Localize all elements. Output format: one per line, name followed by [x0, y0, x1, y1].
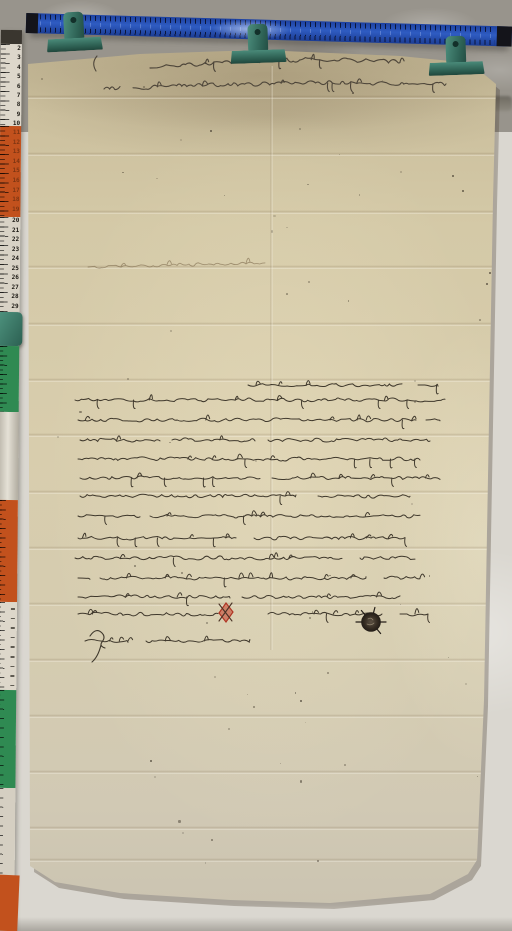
paper-speckle — [477, 776, 479, 778]
paper-speckle — [228, 728, 230, 730]
ruler-number: 29 — [11, 304, 18, 310]
ruler-number: 25 — [12, 266, 19, 272]
illegible-ruler-number — [10, 666, 14, 668]
paper-speckle — [359, 194, 361, 196]
ruler-segment: 20212223242526272829 — [0, 217, 20, 312]
paper-speckle — [465, 683, 467, 685]
paper-speckle — [178, 820, 180, 822]
illegible-ruler-number — [10, 675, 14, 677]
ink-spot — [489, 272, 491, 274]
paper-speckle — [286, 293, 288, 295]
fold-crease — [24, 858, 500, 862]
paper-speckle — [134, 565, 136, 567]
paper-speckle — [57, 436, 59, 438]
ruler-number: 23 — [12, 247, 19, 253]
paper-speckle — [253, 706, 255, 708]
paper-speckle — [344, 764, 346, 766]
paper-speckle — [400, 171, 402, 173]
manuscript-paper — [24, 46, 500, 906]
paper-speckle — [382, 80, 383, 81]
fold-crease — [24, 95, 500, 99]
ruler-number: 20 — [12, 218, 19, 224]
ink-spot — [462, 190, 464, 192]
paper-speckle — [273, 215, 275, 217]
paper-speckle — [307, 184, 309, 186]
ruler-number: 11 — [13, 130, 20, 136]
paper-speckle — [169, 442, 171, 444]
fold-crease — [24, 490, 500, 494]
paper-speckle — [414, 401, 416, 403]
paper-speckle — [41, 78, 43, 80]
paper-speckle — [312, 611, 313, 612]
ruler-number: 3 — [17, 55, 21, 61]
paper-speckle — [339, 154, 340, 155]
ruler-number: 26 — [12, 275, 19, 281]
ruler-segment — [0, 312, 23, 346]
ruler-segment — [0, 500, 18, 602]
paper-speckle — [411, 503, 413, 505]
paper-speckle — [300, 780, 302, 782]
ink-spot — [486, 283, 488, 285]
ruler-number: 6 — [17, 84, 21, 90]
paper-speckle — [122, 172, 123, 173]
paper-speckle — [170, 330, 172, 332]
ruler-number: 27 — [11, 285, 18, 291]
fold-crease — [24, 378, 500, 382]
paper-speckle — [317, 860, 319, 862]
fold-crease — [24, 433, 500, 437]
ink-spot — [452, 175, 454, 177]
paper-speckle — [479, 319, 481, 321]
ruler-number: 8 — [17, 102, 21, 108]
tape-end-cap-right — [497, 26, 512, 46]
illegible-ruler-number — [11, 608, 15, 610]
ruler-number: 17 — [12, 188, 19, 194]
paper-speckle — [211, 839, 213, 841]
paper-speckle — [181, 572, 183, 574]
fold-crease — [24, 322, 500, 326]
ruler-number: 15 — [13, 168, 20, 174]
paper-speckle — [205, 862, 207, 864]
illegible-ruler-number — [11, 618, 15, 620]
ruler-number: 5 — [17, 74, 21, 80]
fold-crease — [24, 546, 500, 550]
ruler-number: 16 — [12, 178, 19, 184]
paper-speckle — [182, 832, 184, 834]
paper-speckle — [154, 776, 156, 778]
paper-speckle — [348, 300, 349, 301]
ruler-number: 12 — [13, 140, 20, 146]
paper-speckle — [327, 672, 329, 674]
fold-crease — [24, 714, 500, 718]
ruler-segment — [0, 690, 16, 788]
illegible-ruler-number — [11, 646, 15, 648]
ruler-number: 2 — [17, 46, 21, 52]
illegible-ruler-number — [10, 685, 14, 687]
paper-speckle — [329, 575, 330, 576]
clip-handle — [63, 12, 84, 41]
ruler-number: 28 — [11, 294, 18, 300]
paper-speckle — [180, 139, 182, 141]
ruler-number: 19 — [12, 207, 19, 213]
paper-speckle — [247, 694, 248, 695]
ink-spot — [300, 700, 302, 702]
paper-speckle — [271, 230, 273, 232]
paper-speckle — [206, 622, 208, 624]
paper-speckle — [308, 281, 310, 283]
illegible-ruler-number — [11, 656, 15, 658]
ruler-segment — [0, 412, 19, 500]
fold-crease — [24, 602, 500, 606]
paper-speckle — [299, 128, 301, 130]
paper-speckle — [79, 411, 81, 413]
fold-crease — [24, 265, 500, 269]
paper-speckle — [429, 575, 431, 577]
clip-handle — [247, 24, 268, 53]
ruler-segment: 2345678910 — [0, 44, 22, 126]
ruler-number: 18 — [12, 197, 19, 203]
ruler-number: 21 — [12, 228, 19, 234]
clip-handle — [445, 36, 466, 65]
paper-speckle — [214, 676, 216, 678]
ruler-number: 22 — [12, 237, 19, 243]
illegible-ruler-number — [11, 637, 15, 639]
paper-speckle — [280, 763, 281, 764]
ruler-segment — [0, 875, 20, 931]
fold-crease — [24, 152, 500, 156]
paper-speckle — [255, 460, 257, 462]
fold-crease — [24, 770, 500, 774]
fold-crease — [24, 210, 500, 214]
fold-crease — [24, 658, 500, 662]
paper-speckle — [143, 86, 145, 88]
ink-spot — [210, 130, 212, 132]
ink-spot — [150, 760, 152, 762]
ruler-number: 9 — [17, 112, 21, 118]
ruler-segment — [0, 788, 15, 875]
fold-crease — [24, 826, 500, 830]
ruler-number: 7 — [17, 93, 21, 99]
ruler-segment: 111213141516171819 — [0, 126, 21, 217]
illegible-ruler-number — [11, 627, 15, 629]
ruler-segment — [0, 602, 17, 690]
ruler-segment — [0, 346, 19, 412]
clip-jaw — [428, 61, 484, 76]
ruler-number: 4 — [17, 65, 21, 71]
paper-speckle — [224, 195, 225, 196]
binder-clip-middle — [229, 23, 286, 64]
ruler-number: 24 — [12, 256, 19, 262]
binder-clip-right — [427, 35, 484, 76]
paper-speckle — [286, 227, 287, 228]
binder-clip-left — [45, 11, 103, 53]
ruler-number: 14 — [13, 159, 20, 165]
ruler-number: 13 — [13, 149, 20, 155]
paper-speckle — [305, 722, 306, 723]
tape-end-cap-left — [26, 13, 39, 33]
clip-jaw — [230, 49, 286, 64]
vertical-crease — [270, 66, 273, 650]
paper-speckle — [309, 617, 311, 619]
ruler-segment — [1, 30, 22, 44]
paper-speckle — [295, 692, 297, 694]
paper-speckle — [156, 178, 157, 179]
